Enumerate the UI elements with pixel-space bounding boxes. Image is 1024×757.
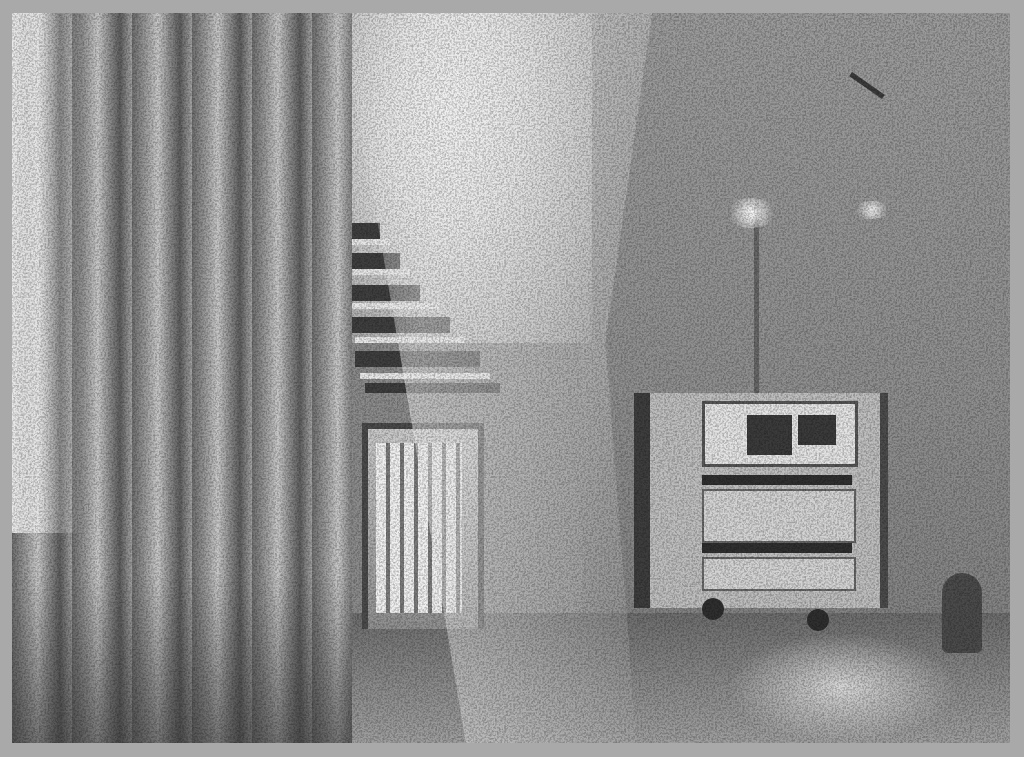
photo xyxy=(12,13,1010,743)
dither-texture xyxy=(12,13,1010,743)
